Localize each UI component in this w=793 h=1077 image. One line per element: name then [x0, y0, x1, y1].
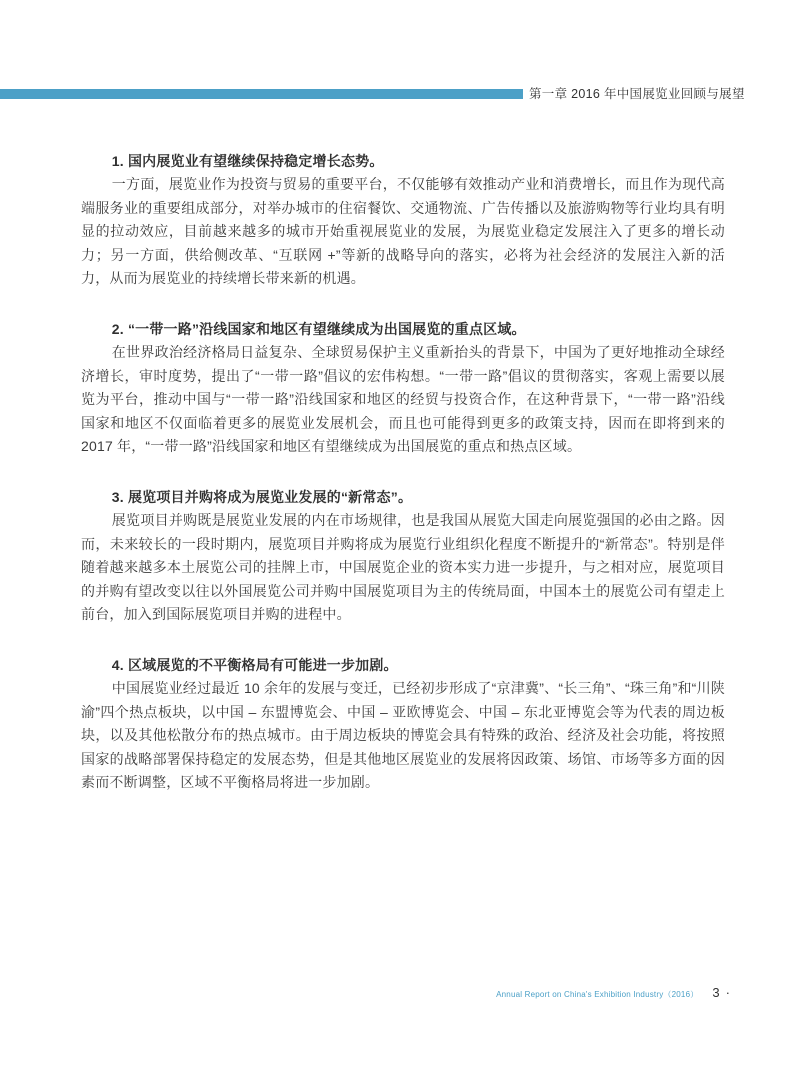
chapter-header-bar	[0, 89, 523, 99]
section-2: 2. “一带一路”沿线国家和地区有望继续成为出国展览的重点区域。 在世界政治经济…	[81, 318, 725, 459]
page-content: 1. 国内展览业有望继续保持稳定增长态势。 一方面，展览业作为投资与贸易的重要平…	[81, 150, 725, 822]
footer-page-number-dot: ·	[726, 985, 730, 1000]
section-1-heading: 1. 国内展览业有望继续保持稳定增长态势。	[81, 150, 725, 174]
section-1-paragraph: 一方面，展览业作为投资与贸易的重要平台，不仅能够有效推动产业和消费增长，而且作为…	[81, 173, 725, 291]
footer-report-title: Annual Report on China's Exhibition Indu…	[496, 989, 698, 1000]
section-3-heading: 3. 展览项目并购将成为展览业发展的“新常态”。	[81, 486, 725, 510]
page-footer: Annual Report on China's Exhibition Indu…	[496, 985, 730, 1000]
section-3: 3. 展览项目并购将成为展览业发展的“新常态”。 展览项目并购既是展览业发展的内…	[81, 486, 725, 627]
report-page: 第一章 2016 年中国展览业回顾与展望 1. 国内展览业有望继续保持稳定增长态…	[0, 0, 793, 1077]
section-2-heading: 2. “一带一路”沿线国家和地区有望继续成为出国展览的重点区域。	[81, 318, 725, 342]
chapter-title: 第一章 2016 年中国展览业回顾与展望	[529, 86, 745, 102]
footer-page-number: 3	[712, 985, 719, 1000]
section-3-paragraph: 展览项目并购既是展览业发展的内在市场规律，也是我国从展览大国走向展览强国的必由之…	[81, 509, 725, 627]
section-1: 1. 国内展览业有望继续保持稳定增长态势。 一方面，展览业作为投资与贸易的重要平…	[81, 150, 725, 291]
section-4-heading: 4. 区域展览的不平衡格局有可能进一步加剧。	[81, 654, 725, 678]
section-4-paragraph: 中国展览业经过最近 10 余年的发展与变迁，已经初步形成了“京津冀”、“长三角”…	[81, 677, 725, 795]
section-2-paragraph: 在世界政治经济格局日益复杂、全球贸易保护主义重新抬头的背景下，中国为了更好地推动…	[81, 341, 725, 459]
section-4: 4. 区域展览的不平衡格局有可能进一步加剧。 中国展览业经过最近 10 余年的发…	[81, 654, 725, 795]
